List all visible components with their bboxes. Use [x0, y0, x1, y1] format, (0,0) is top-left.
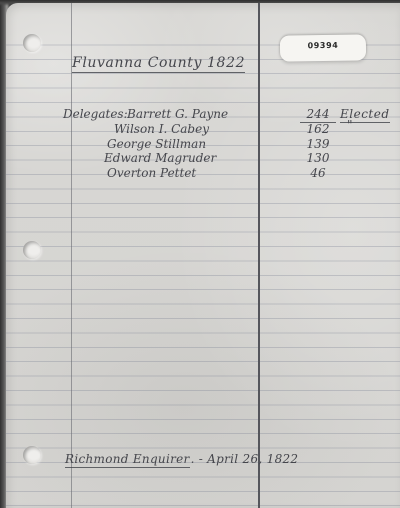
delegate-name: George Stillman — [107, 137, 206, 151]
punch-hole-bottom — [23, 446, 41, 464]
vote-count: 139 — [300, 137, 336, 151]
delegate-name: Edward Magruder — [104, 151, 216, 165]
delegate-row: Edward Magruder 130 — [6, 151, 400, 166]
paper-sheet: 09394 Fluvanna County 1822 Delegates: Ba… — [6, 3, 400, 508]
page-title-text: Fluvanna County 1822 — [72, 55, 245, 73]
source-date: April 26, 1822 — [207, 452, 298, 466]
delegate-row: Overton Pettet 46 — [6, 166, 400, 181]
page-title: Fluvanna County 1822 — [72, 55, 245, 71]
delegate-row: Wilson I. Cabey 162 " — [6, 122, 400, 137]
vote-count: 130 — [300, 151, 336, 165]
column-divider-line — [258, 3, 260, 508]
delegate-name: Barrett G. Payne — [127, 107, 228, 121]
scanned-notebook-page: 09394 Fluvanna County 1822 Delegates: Ba… — [0, 0, 400, 508]
margin-line — [71, 3, 72, 508]
delegate-name: Overton Pettet — [107, 166, 196, 180]
catalog-number: 09394 — [307, 41, 338, 50]
source-name: Richmond Enquirer — [65, 452, 190, 468]
delegate-row: George Stillman 139 — [6, 137, 400, 152]
delegates-label: Delegates: — [63, 107, 128, 121]
source-citation: Richmond Enquirer. -April 26, 1822 — [65, 452, 298, 466]
punch-hole-middle — [23, 241, 41, 259]
delegate-row: Delegates: Barrett G. Payne 244 Elected — [6, 107, 400, 122]
vote-count: 244 — [300, 107, 336, 123]
vote-count: 46 — [300, 166, 336, 180]
vote-count: 162 — [300, 122, 336, 136]
ruled-lines — [6, 31, 400, 508]
source-separator: . - — [191, 452, 204, 466]
delegate-name: Wilson I. Cabey — [114, 122, 209, 136]
ditto-mark: " — [347, 118, 353, 132]
catalog-label: 09394 — [280, 34, 366, 61]
punch-hole-top — [23, 34, 41, 52]
